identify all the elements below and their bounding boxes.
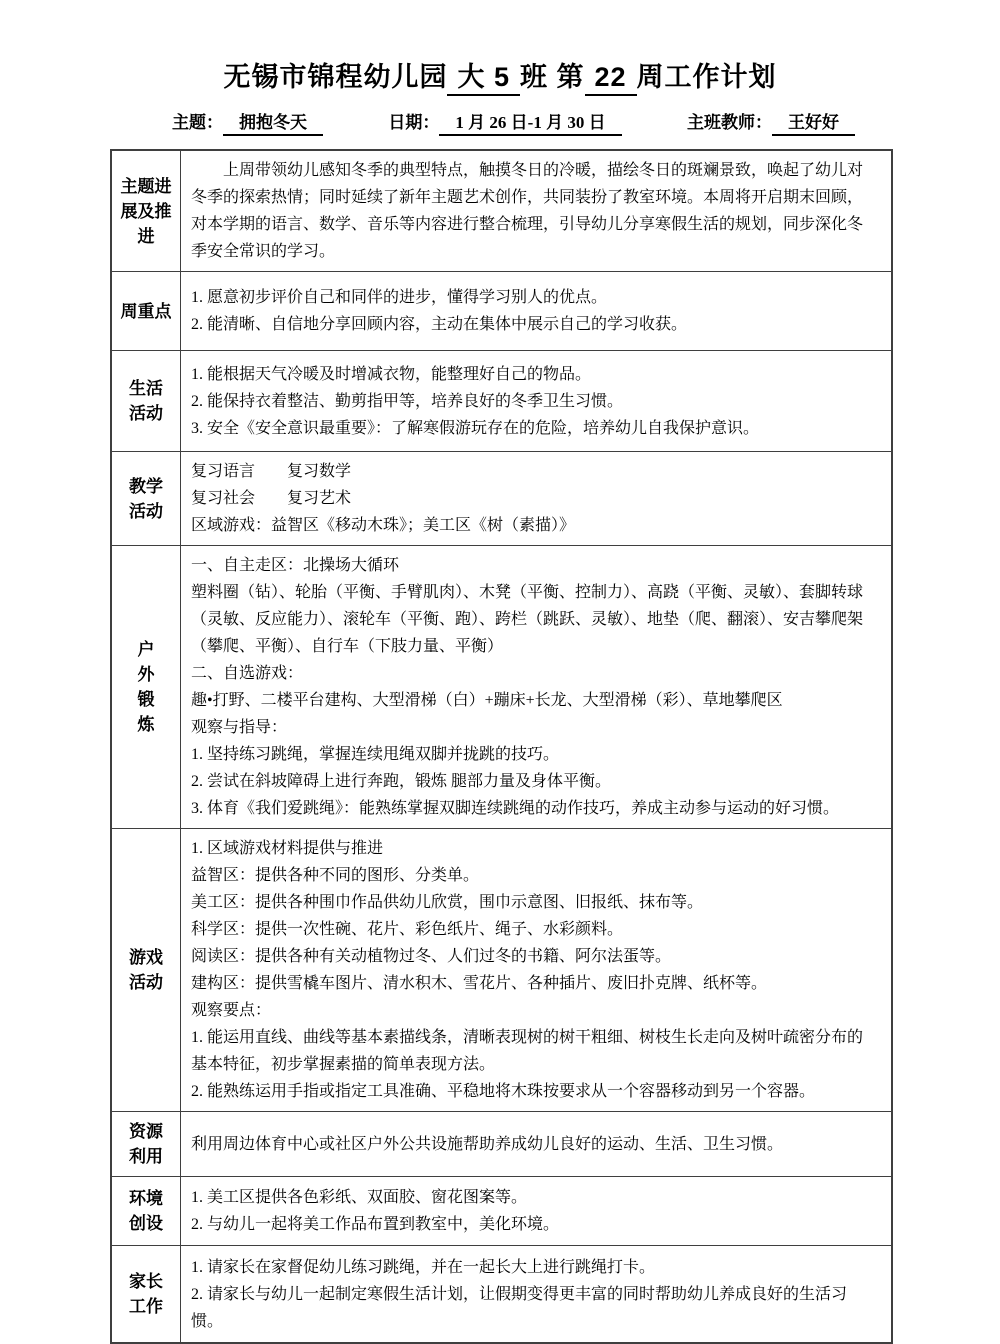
row-content-week-focus: 1. 愿意初步评价自己和同伴的进步，懂得学习别人的优点。 2. 能清晰、自信地分… — [181, 272, 893, 351]
row-label-teaching: 教学 活动 — [111, 452, 181, 546]
row-label-play-activities: 游戏 活动 — [111, 829, 181, 1112]
row-label-outdoor-exercise: 户 外 锻 炼 — [111, 546, 181, 829]
meta-teacher: 主班教师： 王好好 — [687, 112, 855, 136]
table-row-theme-progress: 主题进 展及推 进 上周带领幼儿感知冬季的典型特点，触摸冬日的冷暖，描绘冬日的斑… — [111, 150, 892, 272]
table-row-daily-life: 生活 活动 1. 能根据天气冷暖及时增减衣物，能整理好自己的物品。 2. 能保持… — [111, 351, 892, 452]
row-label-parent-work: 家长 工作 — [111, 1246, 181, 1344]
table-row-parent-work: 家长 工作 1. 请家长在家督促幼儿练习跳绳，并在一起长大上进行跳绳打卡。 2.… — [111, 1246, 892, 1344]
meta-theme-label: 主题： — [172, 112, 223, 134]
table-row-week-focus: 周重点 1. 愿意初步评价自己和同伴的进步，懂得学习别人的优点。 2. 能清晰、… — [111, 272, 892, 351]
row-label-environment: 环境 创设 — [111, 1177, 181, 1246]
meta-theme-value: 拥抱冬天 — [223, 112, 323, 136]
title-suffix: 周工作计划 — [637, 62, 777, 92]
title-middle: 班 第 — [520, 62, 585, 92]
title-week-underlined: 22 — [585, 60, 637, 96]
title-prefix: 无锡市锦程幼儿园 — [223, 62, 447, 92]
row-content-daily-life: 1. 能根据天气冷暖及时增减衣物，能整理好自己的物品。 2. 能保持衣着整洁、勤… — [181, 351, 893, 452]
meta-date: 日期： 1 月 26 日-1 月 30 日 — [388, 112, 621, 136]
table-row-play-activities: 游戏 活动 1. 区域游戏材料提供与推进 益智区：提供各种不同的图形、分类单。 … — [111, 829, 892, 1112]
meta-date-value: 1 月 26 日-1 月 30 日 — [439, 112, 621, 136]
row-content-resources: 利用周边体育中心或社区户外公共设施帮助养成幼儿良好的运动、生活、卫生习惯。 — [181, 1112, 893, 1177]
row-label-daily-life: 生活 活动 — [111, 351, 181, 452]
row-label-resources: 资源 利用 — [111, 1112, 181, 1177]
meta-date-label: 日期： — [388, 112, 439, 134]
table-row-environment: 环境 创设 1. 美工区提供各色彩纸、双面胶、窗花图案等。 2. 与幼儿一起将美… — [111, 1177, 892, 1246]
meta-theme: 主题： 拥抱冬天 — [172, 112, 323, 136]
document-page: 无锡市锦程幼儿园大 5班 第22周工作计划 主题： 拥抱冬天 日期： 1 月 2… — [0, 0, 1000, 1344]
table-row-teaching: 教学 活动 复习语言 复习数学 复习社会 复习艺术 区域游戏：益智区《移动木珠》… — [111, 452, 892, 546]
row-content-environment: 1. 美工区提供各色彩纸、双面胶、窗花图案等。 2. 与幼儿一起将美工作品布置到… — [181, 1177, 893, 1246]
row-content-theme-progress: 上周带领幼儿感知冬季的典型特点，触摸冬日的冷暖，描绘冬日的斑斓景致，唤起了幼儿对… — [181, 150, 893, 272]
row-label-week-focus: 周重点 — [111, 272, 181, 351]
table-row-outdoor-exercise: 户 外 锻 炼 一、自主走区：北操场大循环 塑料圈（钻）、轮胎（平衡、手臂肌肉）… — [111, 546, 892, 829]
weekly-plan-table: 主题进 展及推 进 上周带领幼儿感知冬季的典型特点，触摸冬日的冷暖，描绘冬日的斑… — [110, 149, 893, 1344]
meta-teacher-label: 主班教师： — [687, 112, 772, 134]
title-class-underlined: 大 5 — [447, 60, 520, 96]
row-content-parent-work: 1. 请家长在家督促幼儿练习跳绳，并在一起长大上进行跳绳打卡。 2. 请家长与幼… — [181, 1246, 893, 1344]
row-label-theme-progress: 主题进 展及推 进 — [111, 150, 181, 272]
meta-teacher-value: 王好好 — [772, 112, 855, 136]
meta-row: 主题： 拥抱冬天 日期： 1 月 26 日-1 月 30 日 主班教师： 王好好 — [172, 112, 855, 136]
row-content-teaching: 复习语言 复习数学 复习社会 复习艺术 区域游戏：益智区《移动木珠》；美工区《树… — [181, 452, 893, 546]
row-content-play-activities: 1. 区域游戏材料提供与推进 益智区：提供各种不同的图形、分类单。 美工区：提供… — [181, 829, 893, 1112]
row-content-outdoor-exercise: 一、自主走区：北操场大循环 塑料圈（钻）、轮胎（平衡、手臂肌肉）、木凳（平衡、控… — [181, 546, 893, 829]
page-title: 无锡市锦程幼儿园大 5班 第22周工作计划 — [0, 0, 1000, 96]
table-row-resources: 资源 利用 利用周边体育中心或社区户外公共设施帮助养成幼儿良好的运动、生活、卫生… — [111, 1112, 892, 1177]
